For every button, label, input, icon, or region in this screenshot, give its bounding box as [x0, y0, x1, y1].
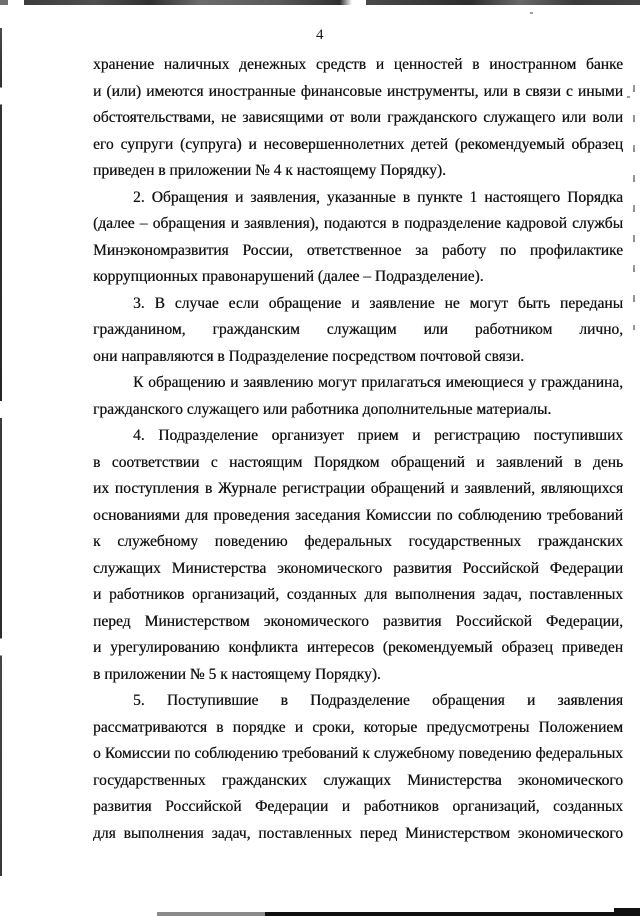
paragraph: 2. Обращения и заявления, указанные в пу… — [93, 185, 623, 291]
text-line: коррупционных правонарушений (далее – По… — [93, 264, 623, 291]
scan-speck — [530, 12, 533, 14]
paragraph: хранение наличных денежных средств и цен… — [93, 52, 623, 185]
text-line: 3. В случае если обращение и заявление н… — [93, 291, 623, 318]
text-line: 4. Подразделение организует прием и реги… — [93, 423, 623, 450]
text-line: гражданином, гражданским служащим или ра… — [93, 317, 623, 344]
scanned-document-page: 4 хранение наличных денежных средств и ц… — [0, 0, 640, 916]
paragraph: К обращению и заявлению могут прилагатьс… — [93, 370, 623, 423]
text-line: основаниями для проведения заседания Ком… — [93, 503, 623, 530]
paragraph: 5. Поступившие в Подразделение обращения… — [93, 688, 623, 847]
scan-speck — [627, 96, 630, 98]
text-line: приведен в приложении № 4 к настоящему П… — [93, 158, 623, 185]
paragraph: 3. В случае если обращение и заявление н… — [93, 291, 623, 371]
text-line: о Комиссии по соблюдению требований к сл… — [93, 741, 623, 768]
text-line: обстоятельствами, не зависящими от воли … — [93, 105, 623, 132]
text-line: 2. Обращения и заявления, указанные в пу… — [93, 185, 623, 212]
text-line: в приложении № 5 к настоящему Порядку). — [93, 662, 623, 689]
text-line: хранение наличных денежных средств и цен… — [93, 52, 623, 79]
text-line: развития Российской Федерации и работник… — [93, 794, 623, 821]
paragraph: 4. Подразделение организует прием и реги… — [93, 423, 623, 688]
page-number: 4 — [0, 27, 640, 44]
text-line: и (или) имеются иностранные финансовые и… — [93, 79, 623, 106]
scan-artifact-bottom-edge — [265, 912, 640, 916]
text-line: (далее – обращения и заявления), подаютс… — [93, 211, 623, 238]
text-line: рассматриваются в порядке и сроки, котор… — [93, 715, 623, 742]
scan-artifact-right-edge — [633, 85, 635, 330]
text-line: в соответствии с настоящим Порядком обра… — [93, 450, 623, 477]
text-line: гражданского служащего или работника доп… — [93, 397, 623, 424]
scan-artifact-top-edge — [0, 0, 640, 5]
text-line: государственных гражданских служащих Мин… — [93, 768, 623, 795]
scan-artifact-bottom-edge — [157, 912, 269, 916]
text-line: К обращению и заявлению могут прилагатьс… — [93, 370, 623, 397]
text-line: служащих Министерства экономического раз… — [93, 556, 623, 583]
text-line: перед Министерством экономического разви… — [93, 609, 623, 636]
text-line: и урегулированию конфликта интересов (ре… — [93, 635, 623, 662]
scan-artifact-left-edge — [0, 28, 2, 876]
text-line: Минэкономразвития России, ответственное … — [93, 238, 623, 265]
text-line: и работников организаций, созданных для … — [93, 582, 623, 609]
text-line: 5. Поступившие в Подразделение обращения… — [93, 688, 623, 715]
scan-artifact-bottom-corner — [614, 908, 640, 916]
text-line: их поступления в Журнале регистрации обр… — [93, 476, 623, 503]
document-body: хранение наличных денежных средств и цен… — [93, 52, 623, 847]
text-line: для выполнения задач, поставленных перед… — [93, 821, 623, 848]
text-line: к служебному поведению федеральных госуд… — [93, 529, 623, 556]
text-line: его супруги (супруга) и несовершеннолетн… — [93, 132, 623, 159]
text-line: они направляются в Подразделение посредс… — [93, 344, 623, 371]
